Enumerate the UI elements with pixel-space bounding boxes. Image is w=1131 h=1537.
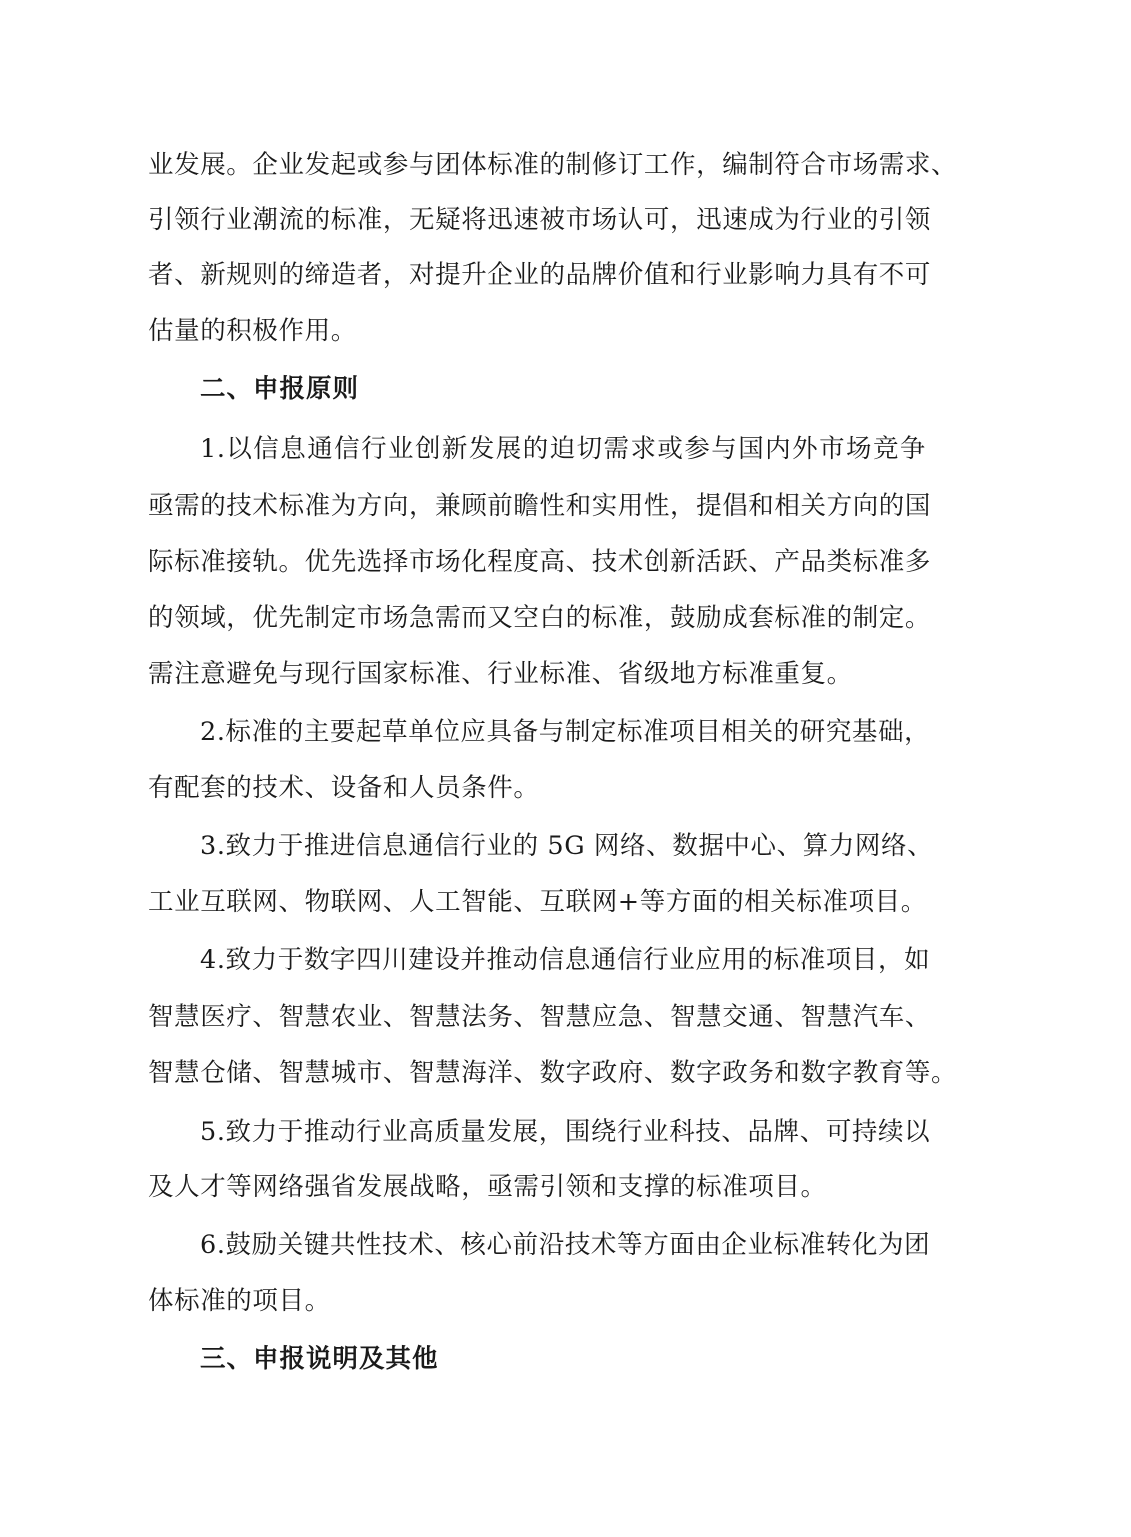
paragraph-line: 4.致力于数字四川建设并推动信息通信行业应用的标准项目，如 — [200, 943, 926, 977]
paragraph-line: 估量的积极作用。 — [148, 314, 928, 348]
paragraph-line: 5.致力于推动行业高质量发展，围绕行业科技、品牌、可持续以 — [200, 1115, 926, 1149]
paragraph-line: 2.标准的主要起草单位应具备与制定标准项目相关的研究基础， — [200, 715, 926, 749]
paragraph-line: 智慧医疗、智慧农业、智慧法务、智慧应急、智慧交通、智慧汽车、 — [148, 1000, 926, 1034]
paragraph-line: 1.以信息通信行业创新发展的迫切需求或参与国内外市场竞争 — [200, 432, 926, 466]
section-heading-2: 二、申报原则 — [200, 372, 980, 406]
paragraph-line: 智慧仓储、智慧城市、智慧海洋、数字政府、数字政务和数字教育等。 — [148, 1056, 926, 1090]
paragraph-line: 际标准接轨。优先选择市场化程度高、技术创新活跃、产品类标准多 — [148, 545, 926, 579]
paragraph-line: 6.鼓励关键共性技术、核心前沿技术等方面由企业标准转化为团 — [200, 1228, 926, 1262]
paragraph-line: 3.致力于推进信息通信行业的 5G 网络、数据中心、算力网络、 — [200, 829, 926, 863]
document-page: 业发展。企业发起或参与团体标准的制修订工作，编制符合市场需求、 引领行业潮流的标… — [0, 0, 1131, 1537]
paragraph-line: 者、新规则的缔造者，对提升企业的品牌价值和行业影响力具有不可 — [148, 258, 926, 292]
paragraph-line: 工业互联网、物联网、人工智能、互联网+等方面的相关标准项目。 — [148, 885, 928, 919]
paragraph-line: 引领行业潮流的标准，无疑将迅速被市场认可，迅速成为行业的引领 — [148, 203, 926, 237]
paragraph-line: 及人才等网络强省发展战略，亟需引领和支撑的标准项目。 — [148, 1170, 928, 1204]
paragraph-line: 的领域，优先制定市场急需而又空白的标准，鼓励成套标准的制定。 — [148, 601, 926, 635]
paragraph-line: 有配套的技术、设备和人员条件。 — [148, 771, 928, 805]
section-heading-3: 三、申报说明及其他 — [200, 1342, 980, 1376]
paragraph-line: 体标准的项目。 — [148, 1284, 928, 1318]
paragraph-line: 需注意避免与现行国家标准、行业标准、省级地方标准重复。 — [148, 657, 928, 691]
paragraph-line: 亟需的技术标准为方向，兼顾前瞻性和实用性，提倡和相关方向的国 — [148, 489, 926, 523]
paragraph-line: 业发展。企业发起或参与团体标准的制修订工作，编制符合市场需求、 — [148, 148, 926, 182]
